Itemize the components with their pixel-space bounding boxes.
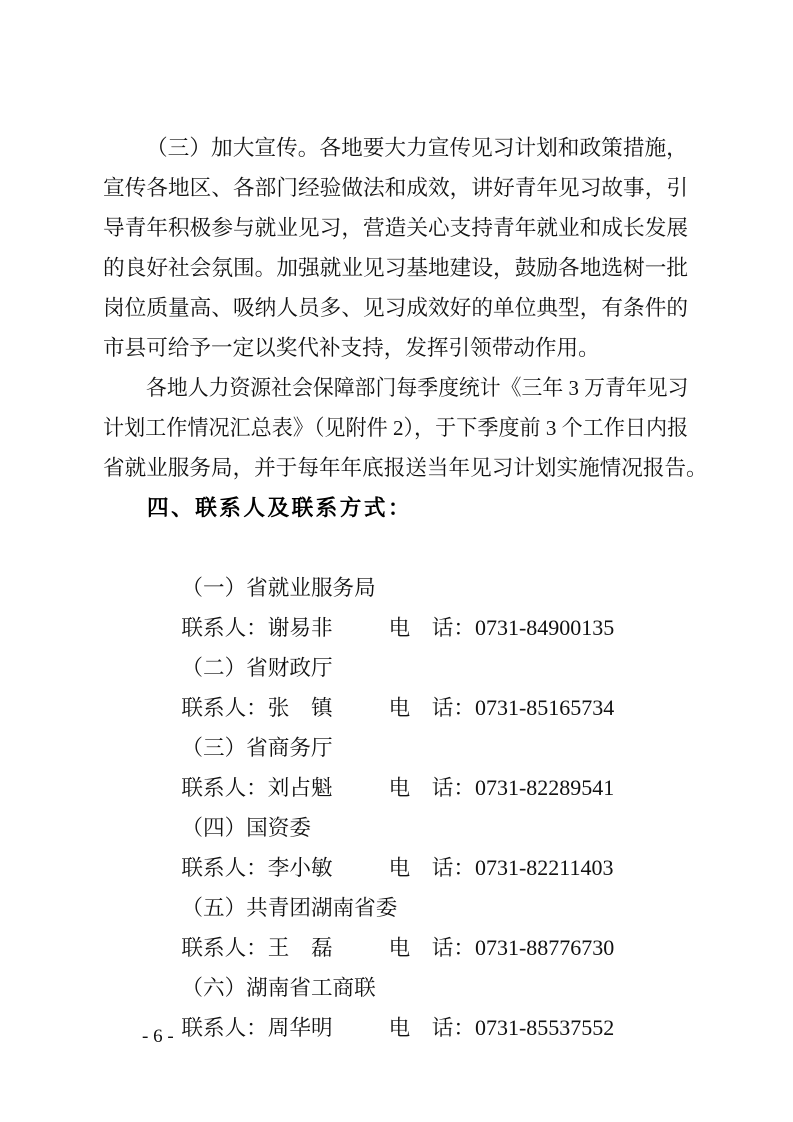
paragraph-text-line: 市县可给予一定以奖代补支持，发挥引领带动作用。 [103, 328, 688, 368]
contact-phone-number: 0731-82211403 [475, 855, 614, 880]
contact-person-name: 周华明 [268, 1016, 333, 1040]
contact-org-name: （五）共青团湖南省委 [181, 896, 397, 920]
paragraph-text-line: 省就业服务局，并于每年年底报送当年见习计划实施情况报告。 [103, 448, 688, 488]
paragraph-line-text: 各地人力资源社会保障部门每季度统计《三年 3 万青年见习 [146, 368, 688, 408]
page-number: - 6 - [142, 1026, 174, 1048]
contact-org-name: （二）省财政厅 [181, 656, 332, 680]
contact-org-line: （一）省就业服务局 [103, 528, 688, 568]
contact-phone-label: 电 话： [389, 696, 475, 720]
paragraph-text-line: （三）加大宣传。各地要大力宣传见习计划和政策措施， [103, 128, 688, 168]
paragraph-text-line: 导青年积极参与就业见习，营造关心支持青年就业和成长发展 [103, 208, 688, 248]
contact-phone-label: 电 话： [389, 1016, 475, 1040]
paragraph-line-text: 岗位质量高、吸纳人员多、见习成效好的单位典型，有条件的 [103, 288, 688, 328]
contact-list: （一）省就业服务局 联系人：谢易非电 话：0731-84900135 （二）省财… [103, 528, 688, 1008]
paragraph-line-text: 市县可给予一定以奖代补支持，发挥引领带动作用。 [103, 328, 600, 368]
paragraph-line-text: 的良好社会氛围。加强就业见习基地建设，鼓励各地选树一批 [103, 248, 688, 288]
contact-entry: （一）省就业服务局 联系人：谢易非电 话：0731-84900135 [103, 528, 688, 608]
body-paragraphs: （三）加大宣传。各地要大力宣传见习计划和政策措施， 宣传各地区、各部门经验做法和… [103, 128, 688, 488]
paragraph-text-line: 的良好社会氛围。加强就业见习基地建设，鼓励各地选树一批 [103, 248, 688, 288]
contact-org-name: （三）省商务厅 [181, 736, 332, 760]
paragraph-line-text: （三）加大宣传。各地要大力宣传见习计划和政策措施， [146, 128, 688, 168]
contact-person-label: 联系人： [181, 696, 267, 720]
paragraph-line-text: 计划工作情况汇总表》（见附件 2），于下季度前 3 个工作日内报 [103, 408, 688, 448]
paragraph-line-text: 导青年积极参与就业见习，营造关心支持青年就业和成长发展 [103, 208, 688, 248]
paragraph-text-line: 计划工作情况汇总表》（见附件 2），于下季度前 3 个工作日内报 [103, 408, 688, 448]
contact-phone-label: 电 话： [389, 616, 475, 640]
contact-person-name: 谢易非 [268, 616, 333, 640]
contact-org-name: （四）国资委 [181, 816, 311, 840]
paragraph-line-text: 省就业服务局，并于每年年底报送当年见习计划实施情况报告。 [103, 448, 708, 488]
contact-phone-number: 0731-84900135 [475, 615, 614, 640]
paragraph-text-line: 宣传各地区、各部门经验做法和成效，讲好青年见习故事，引 [103, 168, 688, 208]
paragraph-line-text: 宣传各地区、各部门经验做法和成效，讲好青年见习故事，引 [103, 168, 688, 208]
contact-person-label: 联系人： [181, 616, 267, 640]
contact-person-name: 刘占魁 [268, 776, 333, 800]
contact-org-name: （一）省就业服务局 [181, 576, 375, 600]
contact-person-label: 联系人： [181, 936, 267, 960]
contact-phone-number: 0731-82289541 [475, 775, 614, 800]
section-heading: 四、联系人及联系方式： [103, 488, 688, 528]
contact-person-label: 联系人： [181, 856, 267, 880]
contact-person-label: 联系人： [181, 1016, 267, 1040]
contact-phone-label: 电 话： [389, 776, 475, 800]
document-body: （三）加大宣传。各地要大力宣传见习计划和政策措施， 宣传各地区、各部门经验做法和… [103, 128, 688, 1008]
contact-phone-number: 0731-85165734 [475, 695, 614, 720]
paragraph-text-line: 各地人力资源社会保障部门每季度统计《三年 3 万青年见习 [103, 368, 688, 408]
paragraph-text-line: 岗位质量高、吸纳人员多、见习成效好的单位典型，有条件的 [103, 288, 688, 328]
contact-phone-label: 电 话： [389, 936, 475, 960]
contact-phone-number: 0731-85537552 [475, 1015, 614, 1040]
contact-person-name: 李小敏 [268, 856, 333, 880]
document-page: （三）加大宣传。各地要大力宣传见习计划和政策措施， 宣传各地区、各部门经验做法和… [0, 0, 793, 1122]
contact-org-name: （六）湖南省工商联 [181, 976, 375, 1000]
contact-person-name: 王 磊 [268, 936, 333, 960]
contact-phone-number: 0731-88776730 [475, 935, 614, 960]
contact-phone-label: 电 话： [389, 856, 475, 880]
contact-person-name: 张 镇 [268, 696, 333, 720]
contact-person-label: 联系人： [181, 776, 267, 800]
